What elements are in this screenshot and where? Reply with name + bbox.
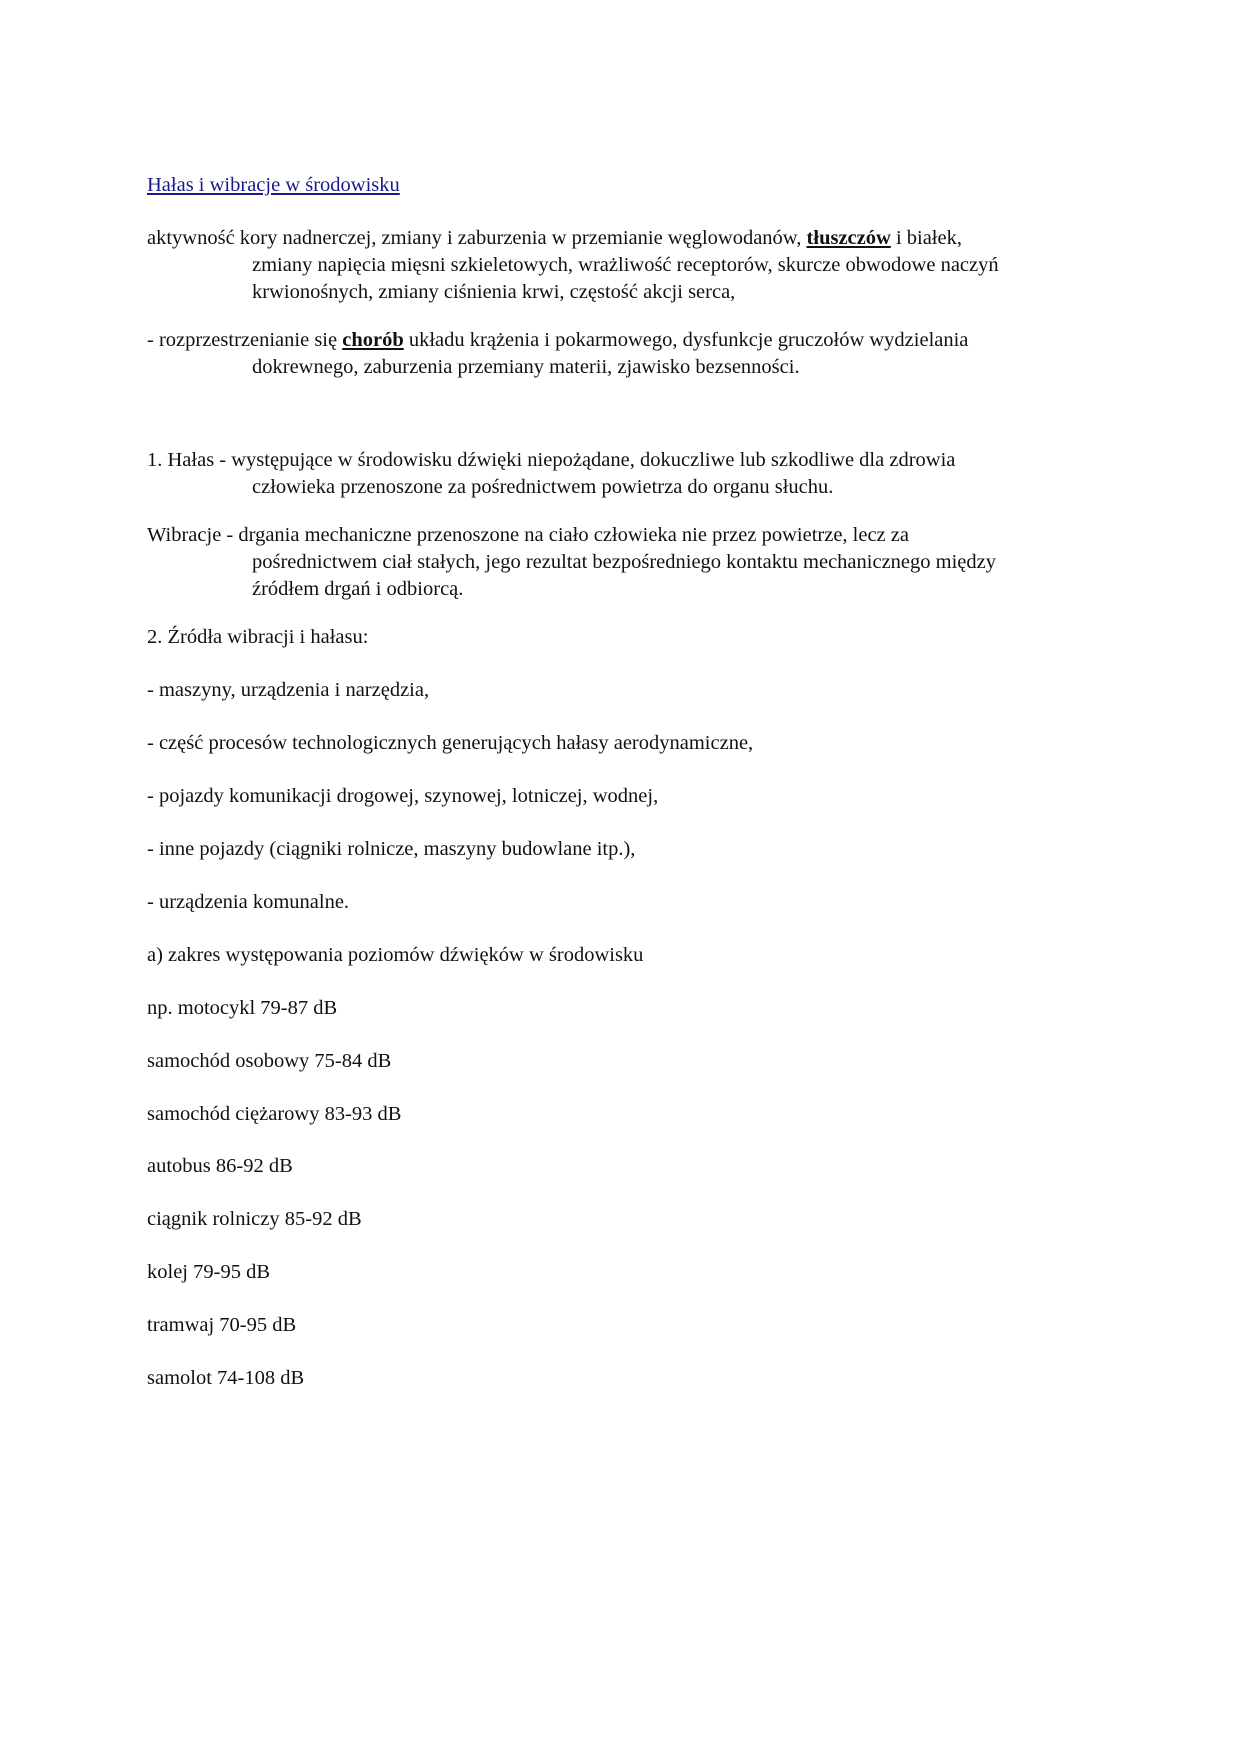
para1-line1: aktywność kory nadnerczej, zmiany i zabu…: [147, 223, 962, 253]
level-item: np. motocykl 79-87 dB: [147, 993, 337, 1023]
vibration-definition-line3: źródłem drgań i odbiorcą.: [252, 574, 463, 604]
levels-heading: a) zakres występowania poziomów dźwięków…: [147, 940, 643, 970]
noise-definition-line2: człowieka przenoszone za pośrednictwem p…: [252, 472, 833, 502]
level-item: samochód osobowy 75-84 dB: [147, 1046, 391, 1076]
para2-bold-link[interactable]: chorób: [342, 329, 404, 351]
para1-line3: krwionośnych, zmiany ciśnienia krwi, czę…: [252, 277, 735, 307]
level-item: samochód ciężarowy 83-93 dB: [147, 1099, 401, 1129]
para1-bold-link[interactable]: tłuszczów: [807, 227, 891, 249]
level-item: kolej 79-95 dB: [147, 1257, 270, 1287]
para2-line2: dokrewnego, zaburzenia przemiany materii…: [252, 352, 800, 382]
source-item: - część procesów technologicznych generu…: [147, 728, 753, 758]
para1-line2: zmiany napięcia mięsni szkieletowych, wr…: [252, 250, 999, 280]
source-item: - maszyny, urządzenia i narzędzia,: [147, 675, 429, 705]
noise-definition-line1: 1. Hałas - występujące w środowisku dźwi…: [147, 445, 955, 475]
vibration-definition-line1: Wibracje - drgania mechaniczne przenoszo…: [147, 520, 909, 550]
para2-text: - rozprzestrzenianie się: [147, 329, 342, 351]
level-item: ciągnik rolniczy 85-92 dB: [147, 1204, 362, 1234]
sources-heading: 2. Źródła wibracji i hałasu:: [147, 622, 368, 652]
level-item: autobus 86-92 dB: [147, 1151, 293, 1181]
vibration-definition-line2: pośrednictwem ciał stałych, jego rezulta…: [252, 547, 996, 577]
document-title-link[interactable]: Hałas i wibracje w środowisku: [147, 170, 400, 200]
para2-text-end: układu krążenia i pokarmowego, dysfunkcj…: [404, 329, 969, 351]
level-item: samolot 74-108 dB: [147, 1363, 304, 1393]
source-item: - inne pojazdy (ciągniki rolnicze, maszy…: [147, 834, 635, 864]
source-item: - urządzenia komunalne.: [147, 887, 349, 917]
level-item: tramwaj 70-95 dB: [147, 1310, 296, 1340]
para2-line1: - rozprzestrzenianie się chorób układu k…: [147, 325, 968, 355]
para1-text: aktywność kory nadnerczej, zmiany i zabu…: [147, 227, 807, 249]
source-item: - pojazdy komunikacji drogowej, szynowej…: [147, 781, 658, 811]
para1-text-end: i białek,: [891, 227, 962, 249]
